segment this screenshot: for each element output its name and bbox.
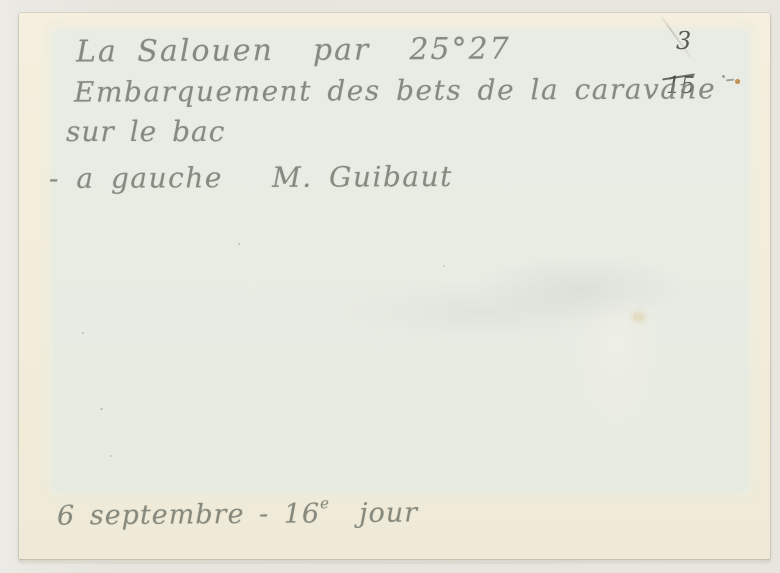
date-ordinal-superscript: e (320, 494, 330, 512)
dust-speck (82, 332, 84, 334)
stain-speck (735, 79, 740, 84)
pencil-dot (722, 75, 725, 78)
date-text: 6 septembre - 16 (57, 498, 320, 531)
dust-speck (238, 243, 240, 245)
inscription-caption-line-2: sur le bac (66, 117, 225, 148)
dust-speck (110, 455, 112, 457)
dust-speck (100, 408, 103, 410)
inscription-date: 6 septembre - 16e jour (57, 498, 418, 531)
inscription-title: La Salouen par 25°27 (76, 32, 511, 68)
date-text-suffix: jour (330, 497, 418, 529)
foxing-spot (633, 313, 644, 321)
inscription-note: - a gauche M. Guibaut (49, 162, 453, 195)
inscription-caption-line-1: Embarquement des bets de la caravane (74, 74, 716, 108)
scanner-background: La Salouen par 25°27 3 15 Embarquement d… (0, 0, 780, 573)
photo-verso-card: La Salouen par 25°27 3 15 Embarquement d… (19, 13, 770, 559)
dust-speck (443, 265, 445, 267)
fraction-numerator: 3 (676, 27, 691, 55)
